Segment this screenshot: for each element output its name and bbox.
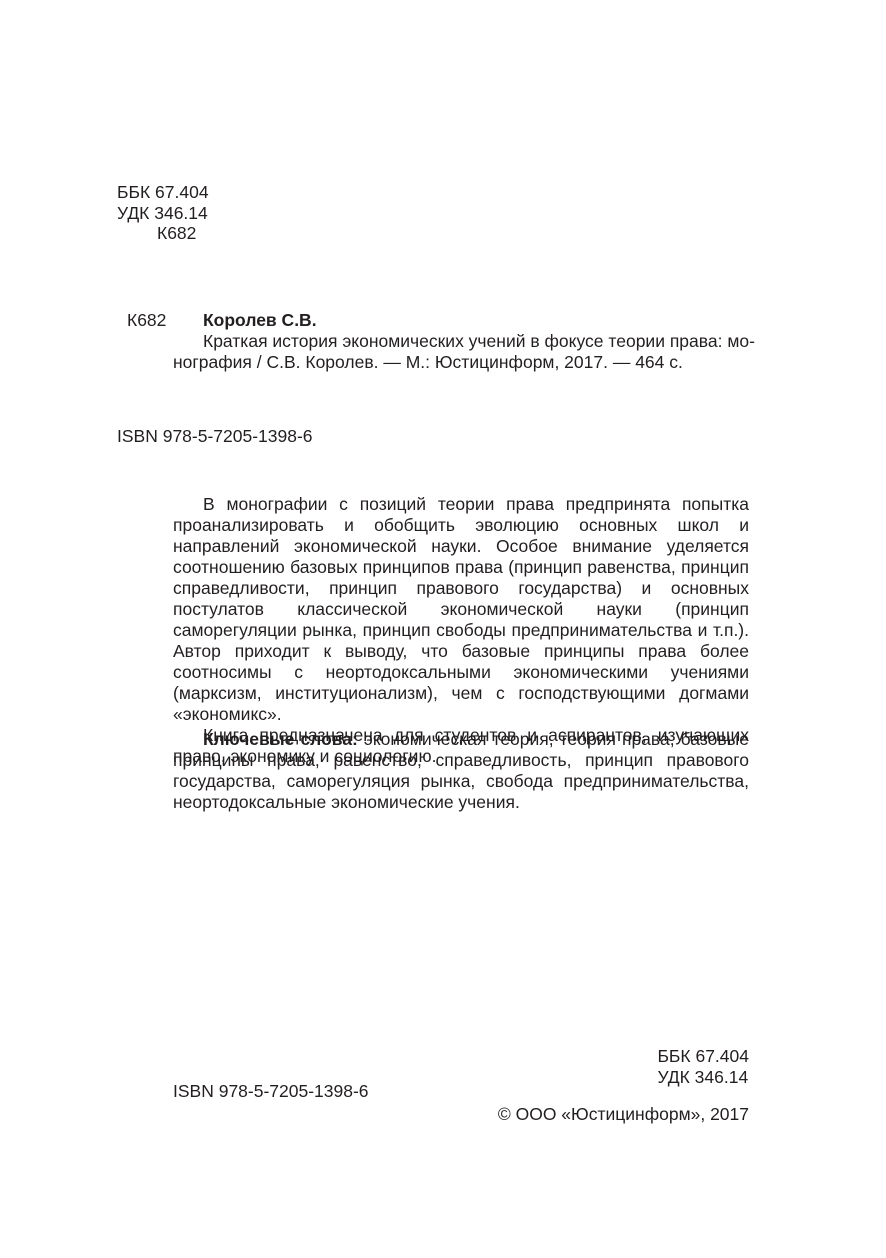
biblio-description: Краткая история экономических учений в ф…: [173, 331, 749, 373]
biblio-description-line: Краткая история экономических учений в ф…: [173, 331, 749, 352]
isbn-bottom: ISBN 978-5-7205-1398-6: [173, 1081, 369, 1102]
classification-codes-top: ББК 67.404 УДК 346.14 К682: [117, 182, 209, 244]
bbk-code-bottom: ББК 67.404: [657, 1046, 749, 1067]
bbk-code: ББК 67.404: [117, 182, 209, 203]
keywords-label: Ключевые слова:: [203, 729, 358, 749]
biblio-author: Королев С.В.: [203, 310, 317, 331]
classification-codes-bottom: ББК 67.404 УДК 346.14: [657, 1046, 749, 1088]
author-mark: К682: [117, 223, 209, 244]
annotation: В монографии с позиций теории права пред…: [173, 494, 749, 767]
biblio-author-mark: К682: [127, 310, 166, 331]
isbn-top: ISBN 978-5-7205-1398-6: [117, 426, 313, 447]
keywords: Ключевые слова: экономическая теория, те…: [173, 729, 749, 813]
annotation-paragraph: В монографии с позиций теории права пред…: [173, 494, 749, 725]
udk-code-bottom: УДК 346.14: [657, 1067, 749, 1088]
biblio-description-line: нография / С.В. Королев. — М.: Юстицинфо…: [173, 352, 749, 373]
udk-code: УДК 346.14: [117, 203, 209, 224]
copyright-notice: © ООО «Юстицинформ», 2017: [498, 1104, 749, 1125]
